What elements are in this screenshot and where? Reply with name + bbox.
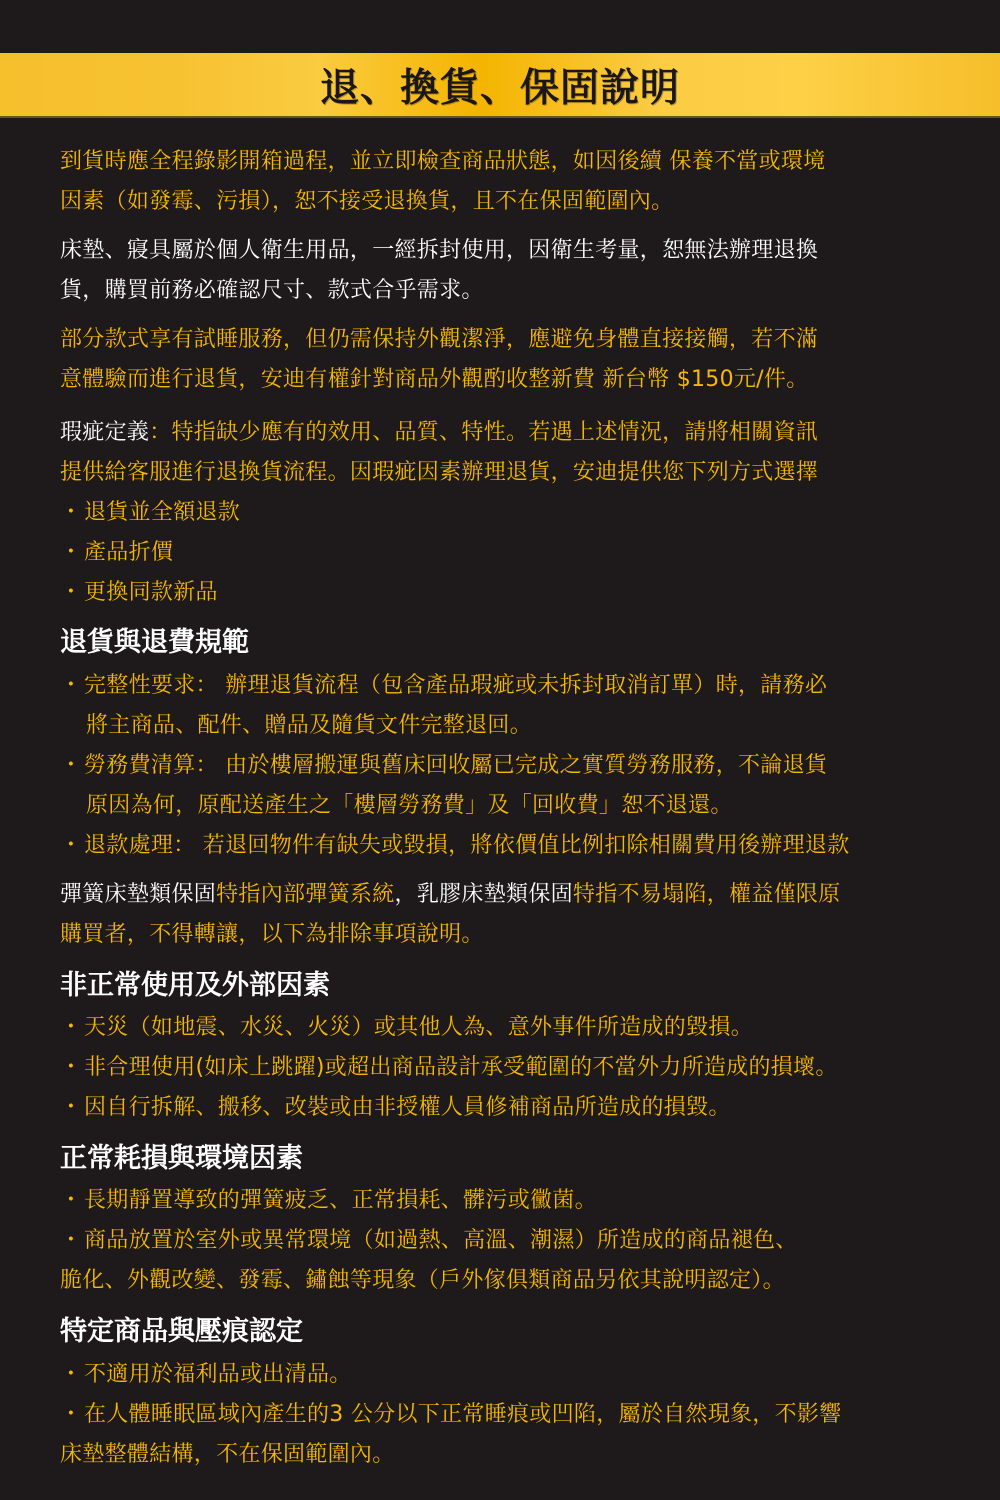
bullet-icon: ・: [58, 578, 84, 608]
warranty-spring-desc: 特指內部彈簧系統: [216, 882, 394, 907]
defect-definition-text: ：特指缺少應有的效用、品質、特性。若遇上述情況，請將相關資訊: [149, 420, 818, 445]
section-heading-abnormal-use: 非正常使用及外部因素: [60, 969, 330, 1003]
section-heading-normal-wear: 正常耗損與環境因素: [60, 1142, 303, 1176]
bullet-icon: ・: [58, 1053, 84, 1083]
return-rule-text: 勞務費清算： 由於樓層搬運與舊床回收屬已完成之實質勞務服務，不論退貨: [84, 753, 827, 778]
defect-definition-line2: 提供給客服進行退換貨流程。因瑕疵因素辦理退貨，安迪提供您下列方式選擇: [60, 458, 818, 488]
return-rule-text: 退款處理： 若退回物件有缺失或毀損，將依價值比例扣除相關費用後辦理退款: [84, 833, 850, 858]
warranty-line2: 購買者，不得轉讓，以下為排除事項說明。: [60, 920, 484, 950]
page-title: 退、換貨、保固說明: [320, 57, 680, 113]
return-rule-text: 完整性要求： 辦理退貨流程（包含產品瑕疵或未拆封取消訂單）時，請務必: [84, 673, 827, 698]
warranty-spring-label: 彈簧床墊類保固: [60, 882, 216, 907]
bullet-icon: ・: [58, 1360, 84, 1390]
specific-item-cont: 床墊整體結構，不在保固範圍內。: [60, 1440, 395, 1470]
normal-wear-text: 長期靜置導致的彈簧疲乏、正常損耗、髒污或黴菌。: [84, 1188, 597, 1213]
return-rule-item-cont: 原因為何，原配送產生之「樓層勞務費」及「回收費」恕不退還。: [86, 791, 733, 821]
intro-para2-line2: 貨，購買前務必確認尺寸、款式合乎需求。: [60, 276, 484, 306]
section-heading-specific-items: 特定商品與壓痕認定: [60, 1315, 303, 1349]
return-rule-item-cont: 將主商品、配件、贈品及隨貨文件完整退回。: [86, 711, 532, 741]
bullet-icon: ・: [58, 1186, 84, 1216]
bullet-icon: ・: [58, 671, 84, 701]
bullet-icon: ・: [58, 538, 84, 568]
abnormal-use-item: ・非合理使用(如床上跳躍)或超出商品設計承受範圍的不當外力所造成的損壞。: [60, 1053, 838, 1083]
warranty-latex-desc: 特指不易塌陷，權益僅限原: [573, 882, 841, 907]
specific-item: ・不適用於福利品或出清品。: [60, 1360, 352, 1390]
bullet-icon: ・: [58, 1226, 84, 1256]
warranty-latex-label: ，乳膠床墊類保固: [395, 882, 573, 907]
intro-para1-line2: 因素（如發霉、污損），恕不接受退換貨，且不在保固範圍內。: [60, 187, 673, 217]
return-rule-item: ・退款處理： 若退回物件有缺失或毀損，將依價值比例扣除相關費用後辦理退款: [60, 831, 850, 861]
normal-wear-item: ・長期靜置導致的彈簧疲乏、正常損耗、髒污或黴菌。: [60, 1186, 597, 1216]
bullet-icon: ・: [58, 1013, 84, 1043]
intro-para1-line1: 到貨時應全程錄影開箱過程，並立即檢查商品狀態，如因後續 保養不當或環境: [60, 147, 826, 177]
abnormal-use-text: 非合理使用(如床上跳躍)或超出商品設計承受範圍的不當外力所造成的損壞。: [84, 1055, 838, 1080]
normal-wear-item-cont: 脆化、外觀改變、發霉、鏽蝕等現象（戶外傢俱類商品另依其說明認定）。: [60, 1266, 785, 1296]
bullet-icon: ・: [58, 1400, 84, 1430]
intro-para3-line1: 部分款式享有試睡服務，但仍需保持外觀潔淨，應避免身體直接接觸，若不滿: [60, 325, 818, 355]
bullet-icon: ・: [58, 498, 84, 528]
bullet-icon: ・: [58, 1093, 84, 1123]
defect-option: ・退貨並全額退款: [60, 498, 240, 528]
normal-wear-item: ・商品放置於室外或異常環境（如過熱、高溫、潮濕）所造成的商品褪色、: [60, 1226, 798, 1256]
defect-option-label: 更換同款新品: [84, 580, 218, 605]
defect-definition-line1: 瑕疵定義：特指缺少應有的效用、品質、特性。若遇上述情況，請將相關資訊: [60, 418, 818, 448]
title-banner: 退、換貨、保固說明: [0, 53, 1000, 118]
defect-option-label: 退貨並全額退款: [84, 500, 240, 525]
normal-wear-text: 商品放置於室外或異常環境（如過熱、高溫、潮濕）所造成的商品褪色、: [84, 1228, 798, 1253]
abnormal-use-text: 天災（如地震、水災、火災）或其他人為、意外事件所造成的毀損。: [84, 1015, 753, 1040]
warranty-line1: 彈簧床墊類保固特指內部彈簧系統，乳膠床墊類保固特指不易塌陷，權益僅限原: [60, 880, 841, 910]
specific-item-text: 不適用於福利品或出清品。: [84, 1362, 352, 1387]
abnormal-use-text: 因自行拆解、搬移、改裝或由非授權人員修補商品所造成的損毀。: [84, 1095, 731, 1120]
specific-item-text: 在人體睡眠區域內產生的3 公分以下正常睡痕或凹陷，屬於自然現象，不影響: [84, 1402, 842, 1427]
intro-para3-line2: 意體驗而進行退貨，安迪有權針對商品外觀酌收整新費 新台幣 $150元/件。: [60, 365, 809, 395]
return-rule-item: ・勞務費清算： 由於樓層搬運與舊床回收屬已完成之實質勞務服務，不論退貨: [60, 751, 827, 781]
return-rule-item: ・完整性要求： 辦理退貨流程（包含產品瑕疵或未拆封取消訂單）時，請務必: [60, 671, 827, 701]
bullet-icon: ・: [58, 751, 84, 781]
defect-option: ・產品折價: [60, 538, 173, 568]
defect-label: 瑕疵定義: [60, 420, 149, 445]
intro-para2-line1: 床墊、寢具屬於個人衛生用品，一經拆封使用，因衛生考量，恕無法辦理退換: [60, 236, 818, 266]
section-heading-return-rules: 退貨與退費規範: [60, 626, 249, 660]
bullet-icon: ・: [58, 831, 84, 861]
specific-item: ・在人體睡眠區域內產生的3 公分以下正常睡痕或凹陷，屬於自然現象，不影響: [60, 1400, 842, 1430]
abnormal-use-item: ・因自行拆解、搬移、改裝或由非授權人員修補商品所造成的損毀。: [60, 1093, 731, 1123]
defect-option-label: 產品折價: [84, 540, 173, 565]
defect-option: ・更換同款新品: [60, 578, 218, 608]
abnormal-use-item: ・天災（如地震、水災、火災）或其他人為、意外事件所造成的毀損。: [60, 1013, 753, 1043]
